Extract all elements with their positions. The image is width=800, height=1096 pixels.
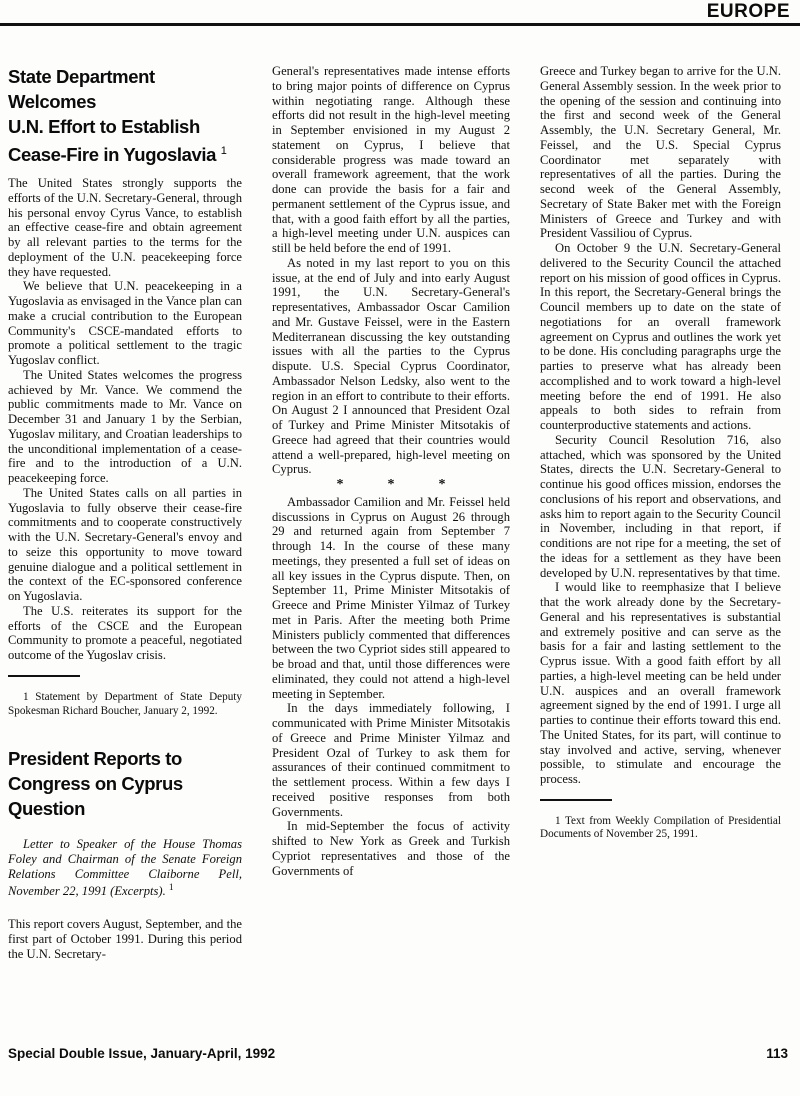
article2-paragraph: I would like to reemphasize that I belie… — [540, 580, 781, 787]
article2-footnote: 1 Text from Weekly Compilation of Presid… — [540, 815, 781, 842]
asterisk-separator: * * * — [272, 478, 510, 493]
article2-opening-fragment: This report covers August, September, an… — [8, 917, 242, 961]
article1-title-line3: Cease-Fire in Yugoslavia — [8, 144, 216, 165]
article2-footnote-rule — [540, 799, 612, 801]
column-1: State Department Welcomes U.N. Effort to… — [8, 64, 242, 962]
article1-paragraph: The United States welcomes the progress … — [8, 368, 242, 486]
article1-footnote-rule — [8, 675, 80, 677]
article1-paragraph: The United States calls on all parties i… — [8, 486, 242, 604]
footer-page-number: 113 — [766, 1046, 788, 1061]
column-3: Greece and Turkey began to arrive for th… — [540, 64, 781, 842]
article2-paragraph-continuation: General's representatives made intense e… — [272, 64, 510, 256]
asterisk-glyph: * — [337, 478, 344, 493]
article2-intro-text: Letter to Speaker of the House Thomas Fo… — [8, 837, 242, 898]
footer-issue-label: Special Double Issue, January-April, 199… — [8, 1046, 275, 1061]
article1-title-footnote-ref: 1 — [221, 145, 227, 157]
section-header: EUROPE — [707, 1, 790, 23]
article2-intro: Letter to Speaker of the House Thomas Fo… — [8, 837, 242, 899]
article2-paragraph: On October 9 the U.N. Secretary-General … — [540, 241, 781, 433]
article2-paragraph: In the days immediately following, I com… — [272, 701, 510, 819]
asterisk-glyph: * — [388, 478, 395, 493]
article1-footnote: 1 Statement by Department of State Deput… — [8, 691, 242, 718]
article1-title-line2: U.N. Effort to Establish — [8, 116, 200, 137]
article2-title-line3: Question — [8, 798, 85, 819]
article2-title-line1: President Reports to — [8, 748, 182, 769]
article1-title: State Department Welcomes U.N. Effort to… — [8, 64, 242, 167]
asterisk-glyph: * — [439, 478, 446, 493]
article2-paragraph: As noted in my last report to you on thi… — [272, 256, 510, 477]
article2-paragraph: Security Council Resolution 716, also at… — [540, 433, 781, 581]
article2-title-line2: Congress on Cyprus — [8, 773, 183, 794]
article1-paragraph: We believe that U.N. peacekeeping in a Y… — [8, 279, 242, 368]
article1-title-line1: State Department Welcomes — [8, 66, 155, 112]
header-divider — [0, 23, 800, 26]
article1-paragraph: The U.S. reiterates its support for the … — [8, 604, 242, 663]
article2-intro-footnote-ref: 1 — [169, 883, 174, 893]
document-page: EUROPE State Department Welcomes U.N. Ef… — [0, 0, 800, 1096]
column-2: General's representatives made intense e… — [272, 64, 510, 878]
article2-paragraph: Ambassador Camilion and Mr. Feissel held… — [272, 495, 510, 702]
article2-paragraph-continuation: Greece and Turkey began to arrive for th… — [540, 64, 781, 241]
article2-title: President Reports to Congress on Cyprus … — [8, 746, 242, 821]
article1-paragraph: The United States strongly supports the … — [8, 176, 242, 279]
article2-paragraph-fragment: In mid-September the focus of activity s… — [272, 819, 510, 878]
